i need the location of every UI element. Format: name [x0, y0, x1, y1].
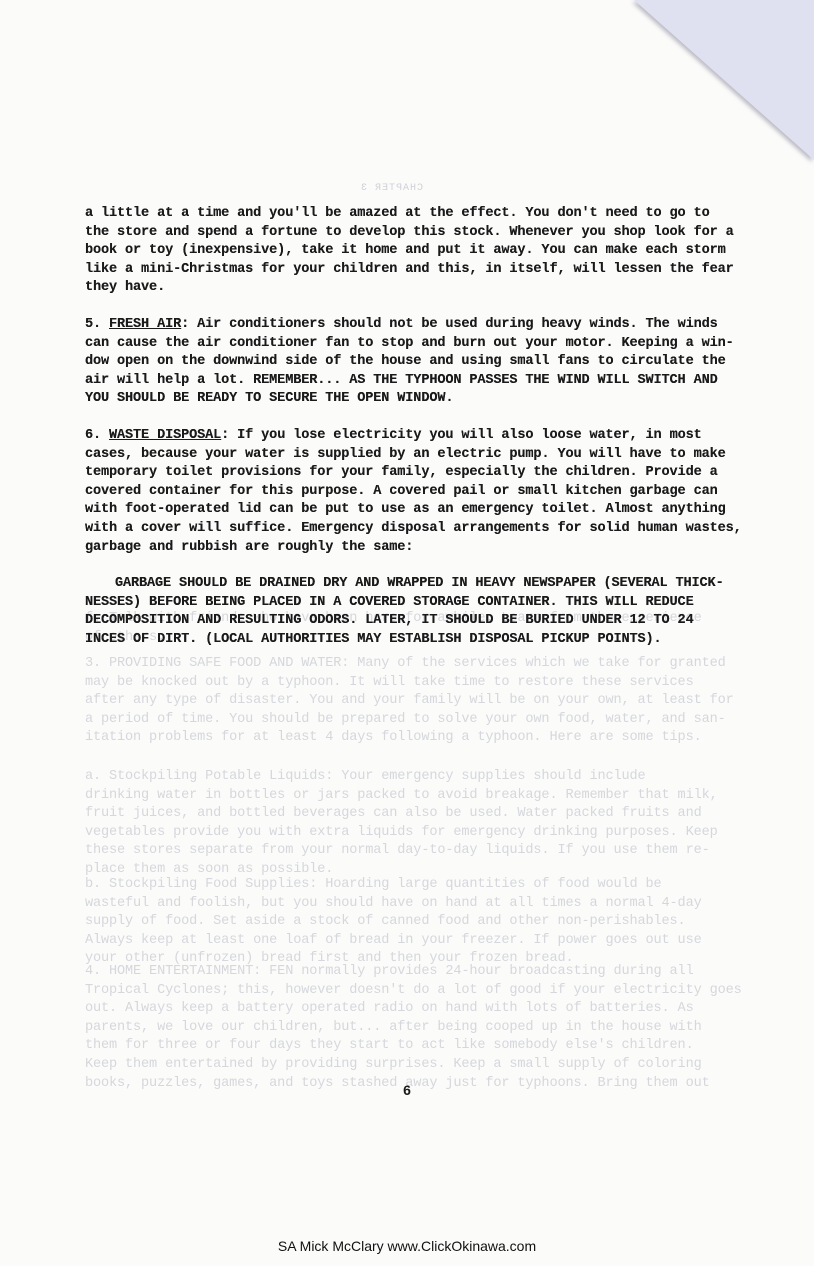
paragraph-fresh-air: 5. FRESH AIR: Air conditioners should no…: [85, 316, 755, 409]
section-heading: FRESH AIR: [109, 317, 181, 332]
paragraph-waste-disposal: 6. WASTE DISPOSAL: If you lose electrici…: [85, 427, 755, 557]
paragraph-continuation: a little at a time and you'll be amazed …: [85, 205, 755, 298]
section-heading: WASTE DISPOSAL: [109, 428, 221, 443]
page-number: 6: [0, 1082, 814, 1098]
bleed-through-text: 3. PROVIDING SAFE FOOD AND WATER: Many o…: [85, 655, 755, 748]
bleed-through-text: b. Stockpiling Food Supplies: Hoarding l…: [85, 876, 755, 969]
bleed-through-text: 4. HOME ENTERTAINMENT: FEN normally prov…: [85, 963, 755, 1093]
folded-page-corner: [634, 0, 814, 160]
bleed-through-text: a. Stockpiling Potable Liquids: Your eme…: [85, 768, 755, 880]
document-body: a little at a time and you'll be amazed …: [85, 205, 755, 667]
paragraph-text: : Air conditioners should not be used du…: [85, 317, 734, 406]
bleed-through-chapter-title: CHAPTER 3: [360, 183, 423, 194]
item-number: 5.: [85, 317, 109, 332]
paragraph-text: a little at a time and you'll be amazed …: [85, 206, 734, 295]
paragraph-garbage-instructions: GARBAGE SHOULD BE DRAINED DRY AND WRAPPE…: [85, 575, 755, 649]
footer-credit: SA Mick McClary www.ClickOkinawa.com: [0, 1238, 814, 1254]
paragraph-text: : If you lose electricity you will also …: [85, 428, 742, 555]
item-number: 6.: [85, 428, 109, 443]
paragraph-text: GARBAGE SHOULD BE DRAINED DRY AND WRAPPE…: [85, 576, 724, 647]
